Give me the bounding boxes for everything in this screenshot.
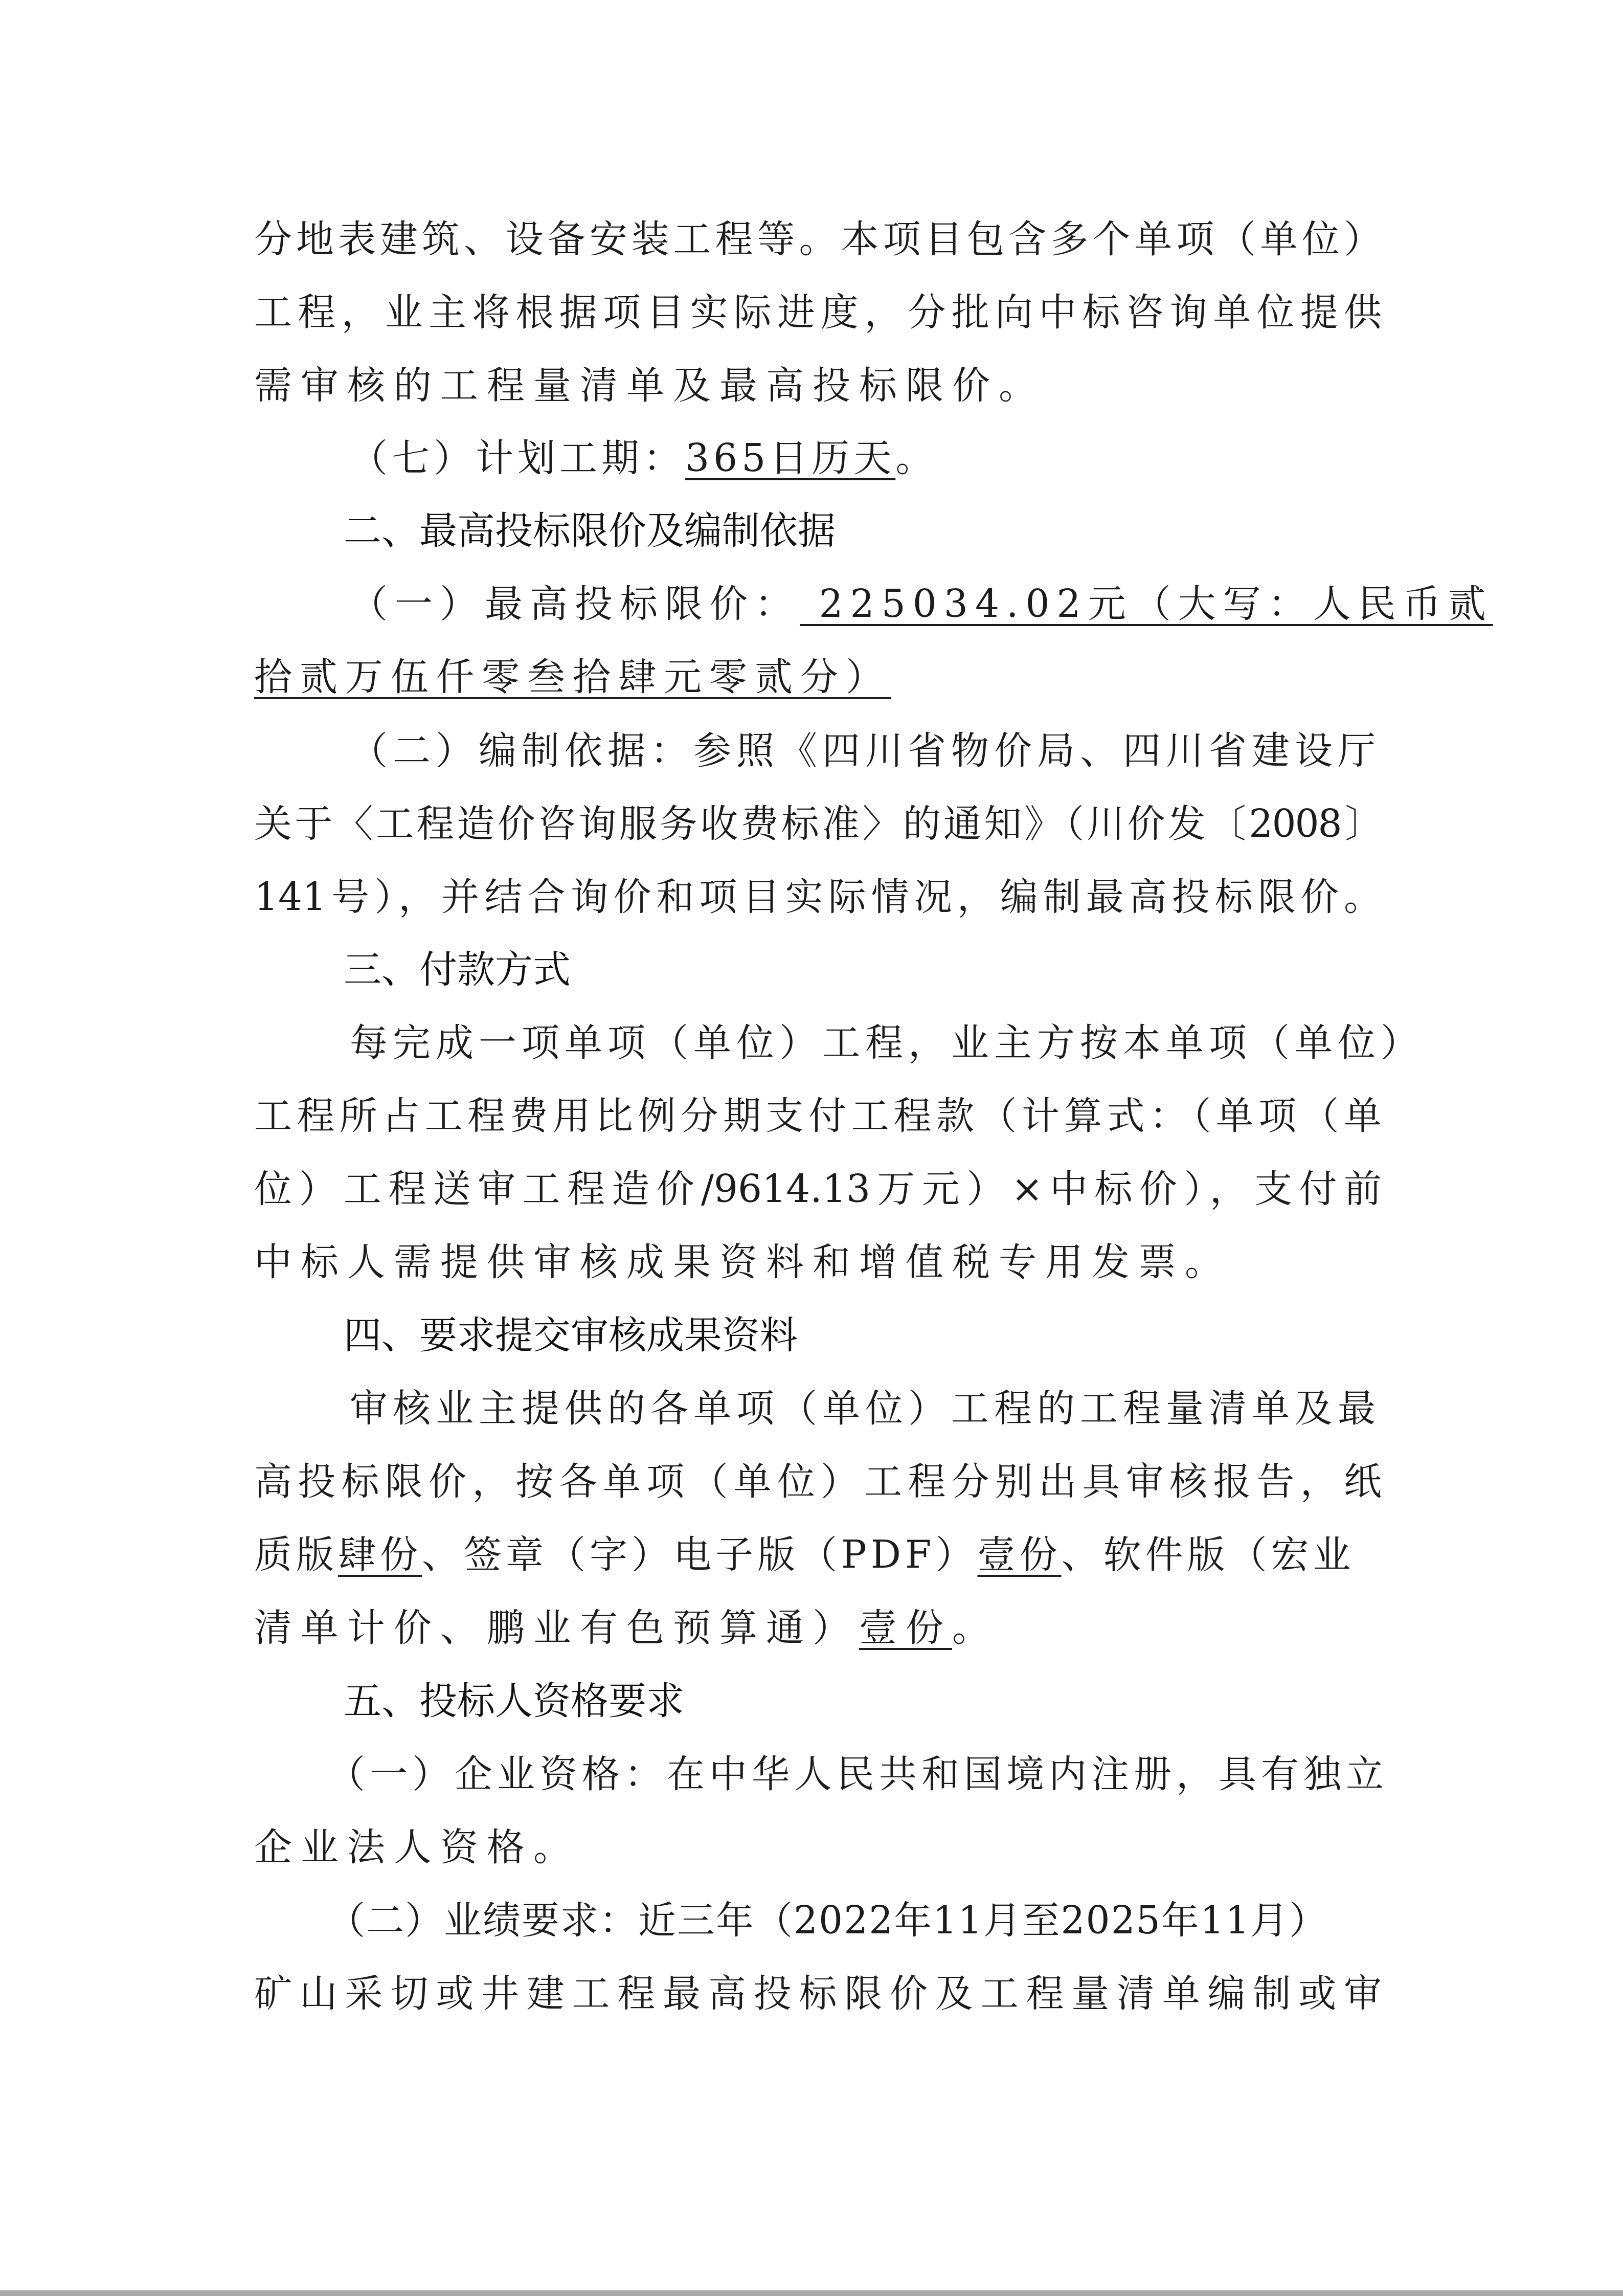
qualification-line-2: 企业法人资格。 — [254, 1822, 580, 1895]
performance-line-2: 矿山采切或井建工程最高投标限价及工程量清单编制或审 — [254, 1968, 1382, 2041]
text-segment: 每完成一项单项（单位）工程，业主方按本单项（单位） — [350, 1021, 1424, 1065]
body-line-2: 工程，业主将根据项目实际进度，分批向中标咨询单位提供 — [254, 287, 1382, 360]
payment-line-2: 工程所占工程费用比例分期支付工程款（计算式：（单项（单 — [254, 1090, 1382, 1164]
text-segment: 工程所占工程费用比例分期支付工程款（计算式：（单项（单 — [254, 1094, 1382, 1138]
text-segment: 中标人需提供审核成果资料和增值税专用发票。 — [254, 1240, 1231, 1284]
section-heading-3: 三、付款方式 — [344, 944, 571, 1017]
text-segment: （二）业绩要求：近三年（2022年11月至2025年11月） — [327, 1899, 1328, 1943]
text-segment: 审核业主提供的各单项（单位）工程的工程量清单及最 — [350, 1387, 1381, 1431]
deliverables-line-1: 审核业主提供的各单项（单位）工程的工程量清单及最 — [350, 1383, 1381, 1456]
text-segment: 关于〈工程造价咨询服务收费标准〉的通知》（川价发〔2008〕 — [254, 802, 1382, 846]
body-line-3: 需审核的工程量清单及最高投标限价。 — [254, 360, 1045, 433]
max-price-value: 225034.02元（大写：人民币贰 — [800, 582, 1493, 626]
deliverables-line-4: 清单计价、鹏业有色预算通）壹份。 — [254, 1602, 999, 1676]
text-segment: 、签章（字）电子版（PDF） — [422, 1533, 977, 1577]
payment-line-1: 每完成一项单项（单位）工程，业主方按本单项（单位） — [350, 1017, 1424, 1090]
software-copies: 壹份 — [859, 1606, 952, 1650]
heading-text: 五、投标人资格要求 — [344, 1679, 684, 1723]
schedule-value: 365日历天 — [685, 436, 895, 480]
text-segment: 企业法人资格。 — [254, 1825, 580, 1869]
basis-line-3: 141号），并结合询价和项目实际情况，编制最高投标限价。 — [254, 872, 1382, 945]
section-heading-2: 二、最高投标限价及编制依据 — [344, 505, 836, 578]
schedule-line: （七）计划工期：365日历天。 — [350, 433, 937, 506]
text-segment: （二）编制依据：参照《四川省物价局、四川省建设厅 — [350, 729, 1381, 773]
heading-text: 三、付款方式 — [344, 948, 571, 992]
max-price-words-line: 拾贰万伍仟零叁拾肆元零贰分） — [254, 652, 891, 725]
text-segment: （一）企业资格：在中华人民共和国境内注册，具有独立 — [327, 1752, 1388, 1796]
payment-line-3: 位）工程送审工程造价/9614.13万元）×中标价），支付前 — [254, 1164, 1382, 1237]
deliverables-line-2: 高投标限价，按各单项（单位）工程分别出具审核报告，纸 — [254, 1456, 1382, 1529]
performance-line-1: （二）业绩要求：近三年（2022年11月至2025年11月） — [327, 1895, 1328, 1968]
basis-line-2: 关于〈工程造价咨询服务收费标准〉的通知》（川价发〔2008〕 — [254, 798, 1382, 872]
text-segment: 。 — [952, 1606, 999, 1650]
text-segment: 质版 — [254, 1533, 338, 1577]
text-segment: 清单计价、鹏业有色预算通） — [254, 1606, 859, 1650]
text-segment: 工程，业主将根据项目实际进度，分批向中标咨询单位提供 — [254, 291, 1382, 335]
text-segment: 分地表建筑、设备安装工程等。本项目包含多个单项（单位） — [254, 217, 1382, 261]
max-price-words: 拾贰万伍仟零叁拾肆元零贰分） — [254, 655, 891, 699]
section-heading-5: 五、投标人资格要求 — [344, 1676, 684, 1749]
basis-line-1: （二）编制依据：参照《四川省物价局、四川省建设厅 — [350, 725, 1381, 798]
document-page: 分地表建筑、设备安装工程等。本项目包含多个单项（单位） 工程，业主将根据项目实际… — [0, 0, 1623, 2296]
payment-formula: 位）工程送审工程造价/9614.13万元）×中标价），支付前 — [254, 1167, 1382, 1211]
max-price-label: （一）最高投标限价： — [350, 582, 800, 626]
text-segment: 矿山采切或井建工程最高投标限价及工程量清单编制或审 — [254, 1972, 1382, 2016]
heading-text: 四、要求提交审核成果资料 — [344, 1313, 798, 1357]
text-segment: 。 — [895, 436, 937, 480]
text-segment: 高投标限价，按各单项（单位）工程分别出具审核报告，纸 — [254, 1460, 1382, 1504]
heading-text: 二、最高投标限价及编制依据 — [344, 509, 836, 553]
text-segment: 需审核的工程量清单及最高投标限价。 — [254, 364, 1045, 408]
body-line-1: 分地表建筑、设备安装工程等。本项目包含多个单项（单位） — [254, 214, 1382, 287]
text-segment: 141号），并结合询价和项目实际情况，编制最高投标限价。 — [254, 875, 1382, 919]
text-segment: 、软件版（宏业 — [1061, 1533, 1355, 1577]
pdf-copies: 壹份 — [977, 1533, 1061, 1577]
section-heading-4: 四、要求提交审核成果资料 — [344, 1310, 798, 1383]
payment-line-4: 中标人需提供审核成果资料和增值税专用发票。 — [254, 1237, 1231, 1310]
schedule-label: （七）计划工期： — [350, 436, 685, 480]
paper-copies: 肆份 — [338, 1533, 422, 1577]
max-price-line: （一）最高投标限价： 225034.02元（大写：人民币贰 — [350, 578, 1493, 652]
deliverables-line-3: 质版肆份、签章（字）电子版（PDF）壹份、软件版（宏业 — [254, 1529, 1355, 1602]
scan-edge — [0, 2290, 1623, 2296]
qualification-line-1: （一）企业资格：在中华人民共和国境内注册，具有独立 — [327, 1749, 1388, 1822]
